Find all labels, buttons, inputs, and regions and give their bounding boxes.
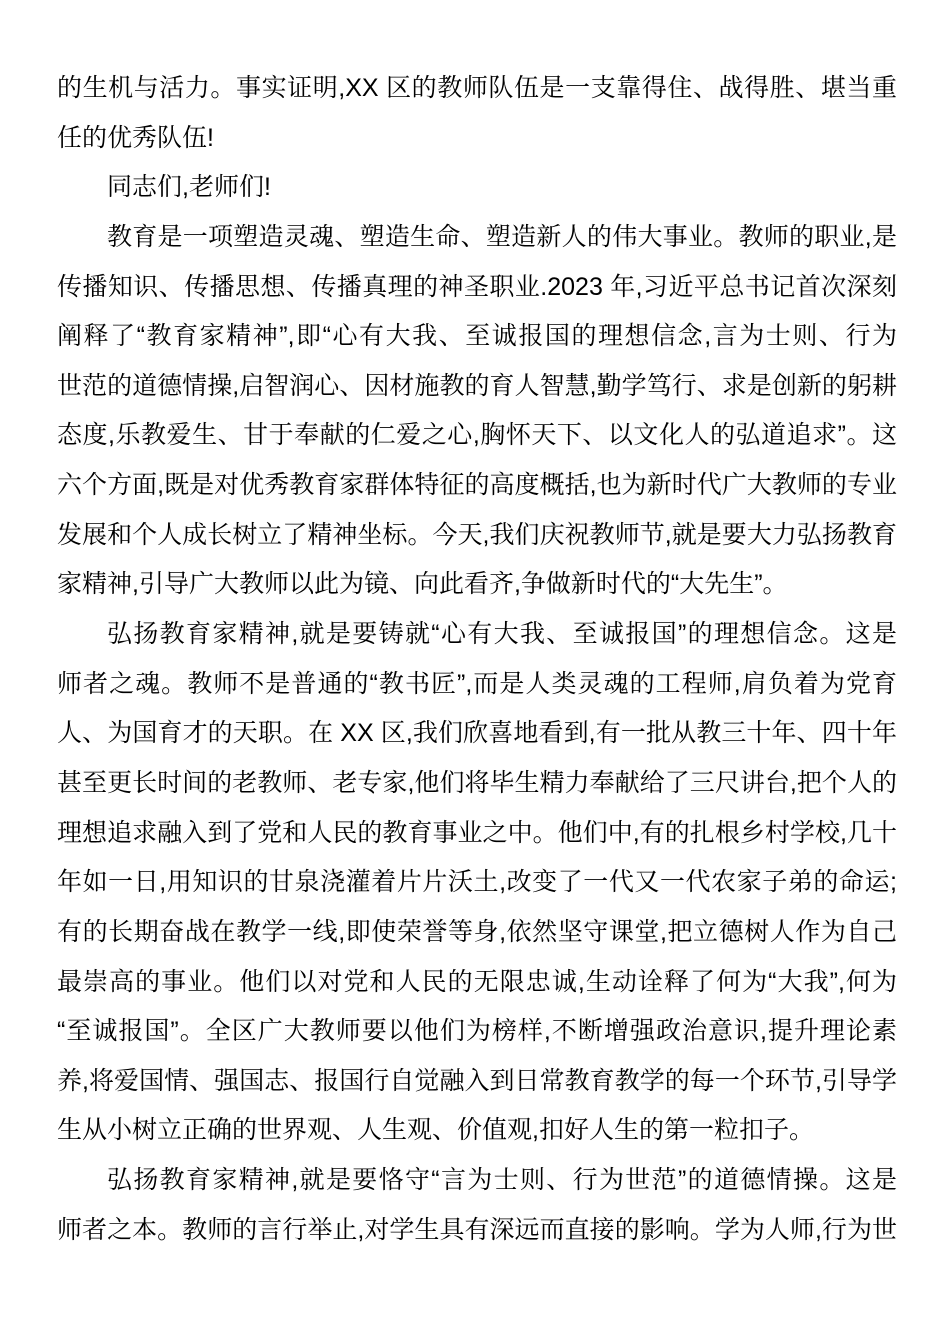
text-line: 教育是一项塑造灵魂、塑造生命、塑造新人的伟大事业。教师的职业,是 — [57, 213, 897, 263]
text-line: “至诚报国”。全区广大教师要以他们为榜样,不断增强政治意识,提升理论素 — [57, 1007, 897, 1057]
text-line: 有的长期奋战在教学一线,即使荣誉等身,依然坚守课堂,把立德树人作为自己 — [57, 908, 897, 958]
text-line: 甚至更长时间的老教师、老专家,他们将毕生精力奉献给了三尺讲台,把个人的 — [57, 759, 897, 809]
text-line: 生从小树立正确的世界观、人生观、价值观,扣好人生的第一粒扣子。 — [57, 1106, 897, 1156]
text-line: 世范的道德情操,启智润心、因材施教的育人智慧,勤学笃行、求是创新的躬耕 — [57, 362, 897, 412]
text-line: 六个方面,既是对优秀教育家群体特征的高度概括,也为新时代广大教师的专业 — [57, 461, 897, 511]
text-line: 任的优秀队伍! — [57, 114, 897, 164]
text-line: 师者之魂。教师不是普通的“教书匠”,而是人类灵魂的工程师,肩负着为党育 — [57, 660, 897, 710]
text-line: 年如一日,用知识的甘泉浇灌着片片沃土,改变了一代又一代农家子弟的命运; — [57, 858, 897, 908]
text-line: 同志们,老师们! — [57, 163, 897, 213]
text-line: 发展和个人成长树立了精神坐标。今天,我们庆祝教师节,就是要大力弘扬教育 — [57, 511, 897, 561]
text-line: 阐释了“教育家精神”,即“心有大我、至诚报国的理想信念,言为士则、行为 — [57, 312, 897, 362]
text-line: 弘扬教育家精神,就是要铸就“心有大我、至诚报国”的理想信念。这是 — [57, 610, 897, 660]
text-line: 态度,乐教爱生、甘于奉献的仁爱之心,胸怀天下、以文化人的弘道追求”。这 — [57, 411, 897, 461]
text-line: 家精神,引导广大教师以此为镜、向此看齐,争做新时代的“大先生”。 — [57, 560, 897, 610]
text-line: 的生机与活力。事实证明,XX 区的教师队伍是一支靠得住、战得胜、堪当重 — [57, 64, 897, 114]
text-line: 传播知识、传播思想、传播真理的神圣职业.2023 年,习近平总书记首次深刻 — [57, 263, 897, 313]
text-line: 弘扬教育家精神,就是要恪守“言为士则、行为世范”的道德情操。这是 — [57, 1156, 897, 1206]
text-line: 养,将爱国情、强国志、报国行自觉融入到日常教育教学的每一个环节,引导学 — [57, 1057, 897, 1107]
text-line: 师者之本。教师的言行举止,对学生具有深远而直接的影响。学为人师,行为世 — [57, 1206, 897, 1256]
text-line: 人、为国育才的天职。在 XX 区,我们欣喜地看到,有一批从教三十年、四十年 — [57, 709, 897, 759]
text-line: 理想追求融入到了党和人民的教育事业之中。他们中,有的扎根乡村学校,几十 — [57, 809, 897, 859]
document-page[interactable]: 的生机与活力。事实证明,XX 区的教师队伍是一支靠得住、战得胜、堪当重 任的优秀… — [57, 64, 897, 1255]
text-line: 最崇高的事业。他们以对党和人民的无限忠诚,生动诠释了何为“大我”,何为 — [57, 958, 897, 1008]
